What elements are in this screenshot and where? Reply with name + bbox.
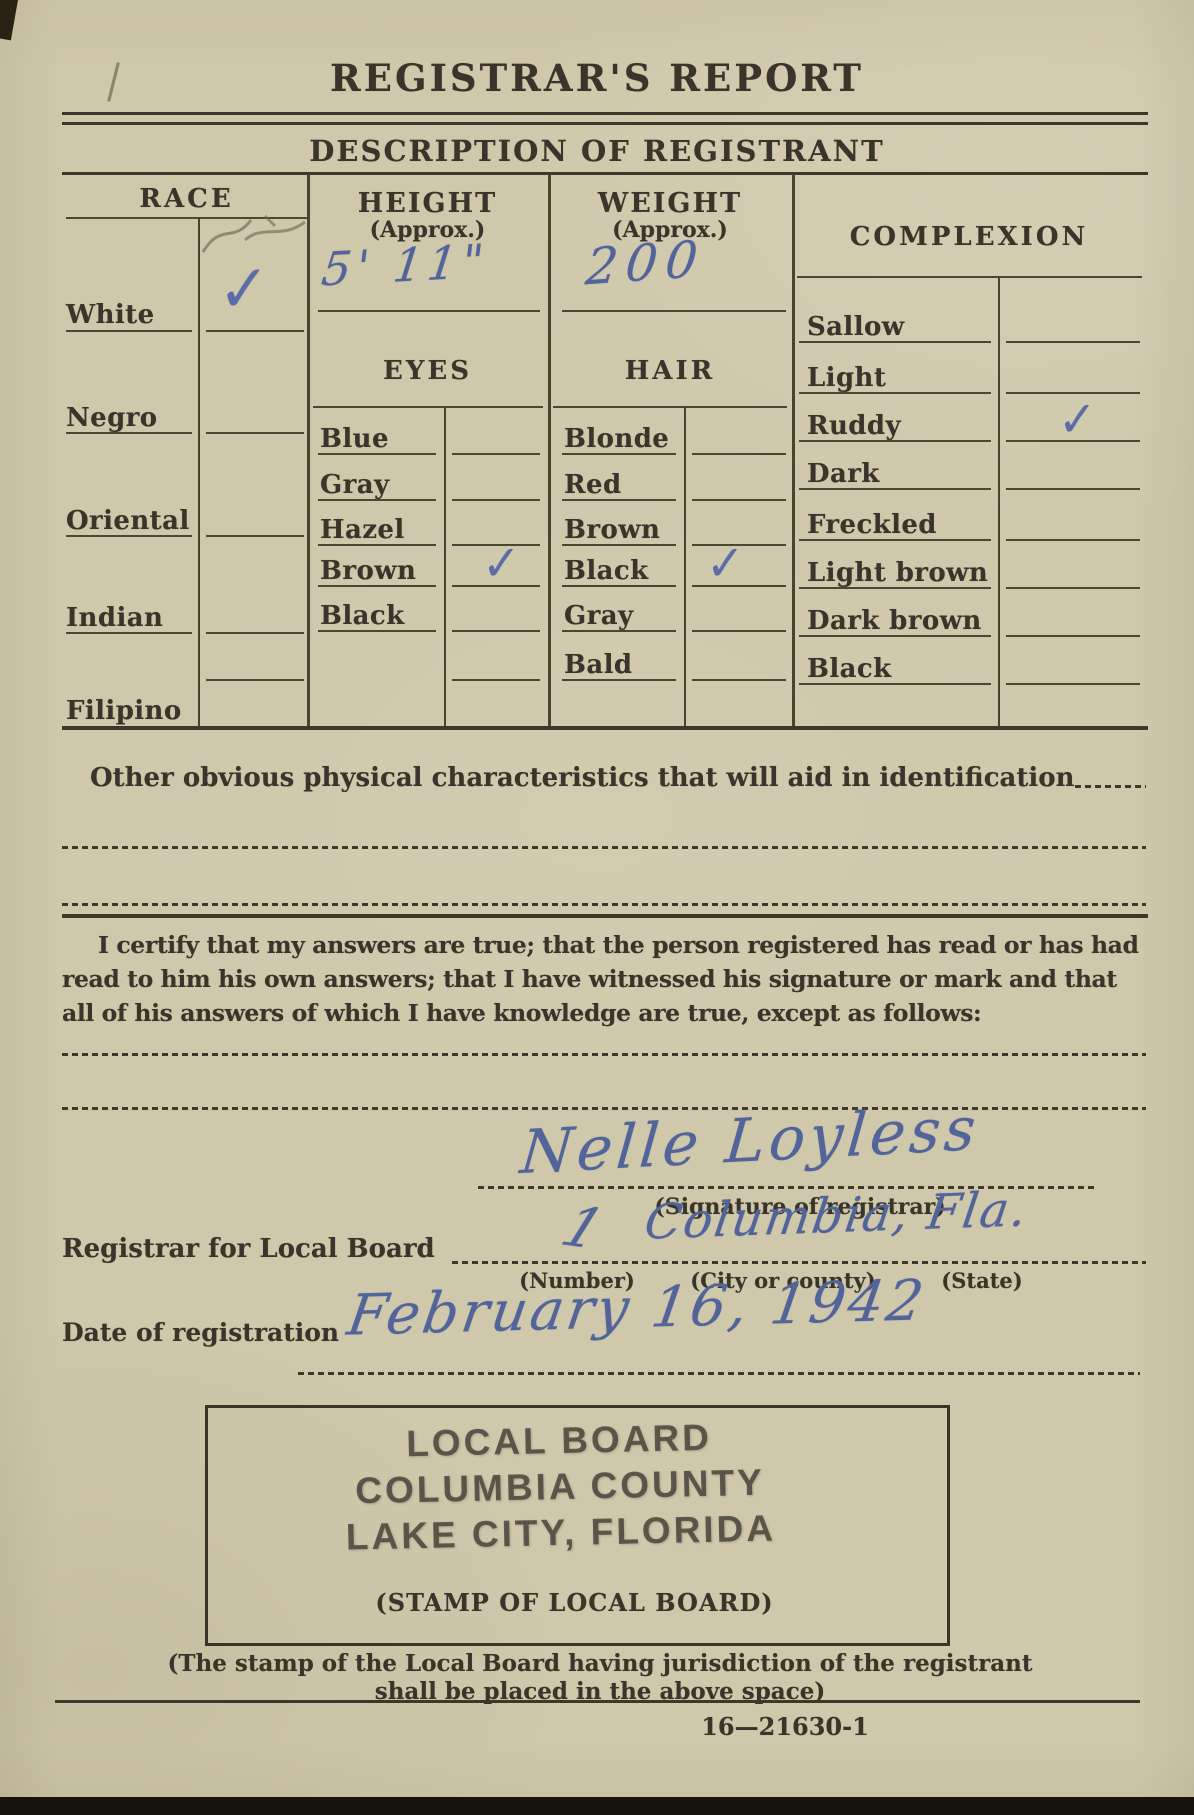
hair-checkmark: ✓ <box>706 538 744 588</box>
height-value-underline <box>318 310 540 312</box>
eyes-option-underline <box>318 630 436 632</box>
complexion-option-underline <box>799 488 991 490</box>
hair-check-underline <box>692 499 786 501</box>
stamp-caption: (STAMP OF LOCAL BOARD) <box>205 1588 944 1617</box>
pencil-scribble <box>195 208 315 260</box>
double-rule-top <box>62 112 1148 115</box>
complexion-option-underline <box>799 392 991 394</box>
complexion-check-underline <box>1006 488 1140 490</box>
complexion-option-label: Light brown <box>807 558 988 588</box>
weight-value: 200 <box>583 230 708 297</box>
complexion-option-label: Freckled <box>807 510 937 540</box>
hair-option-underline <box>562 499 676 501</box>
eyes-header-underline <box>313 406 543 408</box>
eyes-check-underline <box>452 499 540 501</box>
eyes-option-label: Hazel <box>320 515 405 545</box>
race-subdivider <box>198 217 200 726</box>
hair-option-underline <box>562 630 676 632</box>
other-characteristics-blank <box>1075 785 1146 788</box>
date-fill-line <box>298 1372 1140 1375</box>
complexion-option-underline <box>799 539 991 541</box>
race-check-underline <box>206 330 304 332</box>
certification-paragraph: I certify that my answers are true; that… <box>62 928 1146 1030</box>
hair-option-underline <box>562 544 676 546</box>
hair-header: HAIR <box>548 356 792 386</box>
hair-check-underline <box>692 679 786 681</box>
complexion-option-label: Ruddy <box>807 411 901 441</box>
race-checkmark: ✓ <box>218 255 270 323</box>
hair-option-underline <box>562 679 676 681</box>
hair-option-label: Blonde <box>564 424 669 454</box>
hair-option-label: Gray <box>564 601 633 631</box>
eyes-option-underline <box>318 453 436 455</box>
complexion-option-label: Dark <box>807 459 880 489</box>
race-option-underline <box>66 632 192 634</box>
table-bottom-rule <box>62 726 1148 730</box>
weight-value-underline <box>562 310 786 312</box>
eyes-checkmark: ✓ <box>482 538 520 588</box>
complexion-option-label: Black <box>807 654 892 684</box>
registrar-label: Registrar for Local Board <box>62 1234 435 1264</box>
complexion-header: COMPLEXION <box>792 222 1146 252</box>
page-title: REGISTRAR'S REPORT <box>0 56 1194 100</box>
hair-option-label: Bald <box>564 650 632 680</box>
race-check-underline <box>206 535 304 537</box>
certification-line: I certify that my answers are true; that… <box>62 928 1146 962</box>
hair-check-underline <box>692 453 786 455</box>
registrars-report-scan: { "colors": { "paper": "#d0c8ab", "print… <box>0 0 1194 1815</box>
height-value: 5' 11" <box>319 233 492 296</box>
blank-dashed-line <box>62 846 1146 849</box>
complexion-subdivider <box>998 276 1000 726</box>
race-option-underline <box>66 535 192 537</box>
complexion-option-underline <box>799 587 991 589</box>
race-option-label: Negro <box>66 403 158 433</box>
date-label: Date of registration <box>62 1318 339 1347</box>
stamp-footnote: (The stamp of the Local Board having jur… <box>150 1650 1050 1706</box>
other-characteristics-label: Other obvious physical characteristics t… <box>62 762 1075 794</box>
race-option-underline <box>66 330 192 332</box>
eyes-check-underline <box>452 453 540 455</box>
hair-option-label: Black <box>564 556 649 586</box>
hair-option-underline <box>562 453 676 455</box>
eyes-option-underline <box>318 585 436 587</box>
column-divider-weight-complexion <box>792 174 795 726</box>
hair-check-underline <box>692 630 786 632</box>
complexion-check-underline <box>1006 539 1140 541</box>
complexion-check-underline <box>1006 683 1140 685</box>
eyes-option-label: Brown <box>320 556 416 586</box>
stamp-footnote-line: (The stamp of the Local Board having jur… <box>150 1650 1050 1678</box>
hair-option-label: Red <box>564 470 622 500</box>
weight-header: WEIGHT <box>548 188 792 219</box>
eyes-option-label: Gray <box>320 470 389 500</box>
complexion-check-underline <box>1006 587 1140 589</box>
blank-dashed-line <box>62 903 1146 906</box>
complexion-option-underline <box>799 635 991 637</box>
race-option-label: Filipino <box>66 696 182 726</box>
exception-dashed-line <box>62 1053 1146 1056</box>
race-check-underline <box>206 632 304 634</box>
hair-subdivider <box>684 406 686 726</box>
race-check-underline <box>206 679 304 681</box>
complexion-option-underline <box>799 440 991 442</box>
other-characteristics-row: Other obvious physical characteristics t… <box>62 762 1146 794</box>
complexion-option-label: Light <box>807 363 886 393</box>
eyes-option-label: Blue <box>320 424 389 454</box>
eyes-option-underline <box>318 544 436 546</box>
race-option-underline <box>66 432 192 434</box>
complexion-checkmark: ✓ <box>1058 394 1096 444</box>
race-check-underline <box>206 432 304 434</box>
state-caption: (State) <box>917 1268 1047 1293</box>
scan-bottom-edge <box>0 1797 1194 1815</box>
race-option-label: White <box>66 300 155 330</box>
form-number: 16—21630-1 <box>485 1712 1085 1741</box>
complexion-header-underline <box>797 276 1142 278</box>
race-option-label: Oriental <box>66 506 190 536</box>
local-board-stamp: LOCAL BOARD COLUMBIA COUNTY LAKE CITY, F… <box>299 1413 822 1562</box>
eyes-header: EYES <box>307 356 548 386</box>
complexion-option-underline <box>799 341 991 343</box>
double-rule-bottom <box>62 122 1148 125</box>
complexion-check-underline <box>1006 341 1140 343</box>
eyes-option-underline <box>318 499 436 501</box>
footer-rule <box>55 1700 1140 1703</box>
complexion-option-underline <box>799 683 991 685</box>
hair-header-underline <box>553 406 787 408</box>
hair-option-label: Brown <box>564 515 660 545</box>
eyes-option-label: Black <box>320 601 405 631</box>
eyes-subdivider <box>444 406 446 726</box>
height-header: HEIGHT <box>307 188 548 219</box>
hair-option-underline <box>562 585 676 587</box>
certification-line: all of his answers of which I have knowl… <box>62 996 1146 1030</box>
complexion-check-underline <box>1006 635 1140 637</box>
complexion-option-label: Dark brown <box>807 606 982 636</box>
section-title: DESCRIPTION OF REGISTRANT <box>0 134 1194 168</box>
eyes-empty-row-underline <box>452 679 540 681</box>
certification-line: read to him his own answers; that I have… <box>62 962 1146 996</box>
section-heavy-rule <box>62 914 1148 918</box>
complexion-option-label: Sallow <box>807 312 905 342</box>
column-divider-height-weight <box>548 174 551 726</box>
table-top-rule <box>62 172 1148 175</box>
race-option-label: Indian <box>66 603 163 633</box>
eyes-check-underline <box>452 630 540 632</box>
registrar-fill-line <box>452 1261 1146 1264</box>
